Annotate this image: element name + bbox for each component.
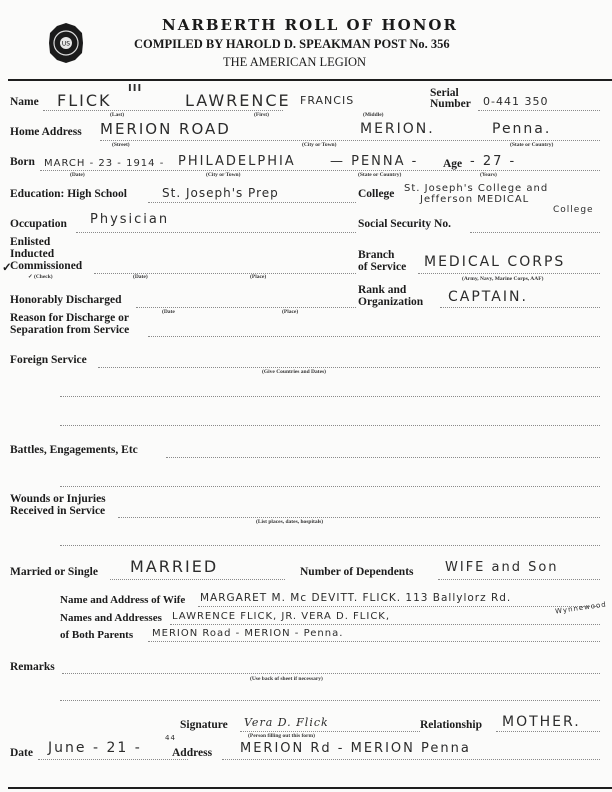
parents-value-1[interactable]: LAWRENCE FLICK, JR. VERA D. FLICK, xyxy=(172,611,390,622)
dependents-label: Number of Dependents xyxy=(300,566,414,578)
college-value-line3[interactable]: College xyxy=(553,205,594,215)
reason-label-2: Separation from Service xyxy=(10,324,129,336)
sub-city-born: (City or Town) xyxy=(206,172,240,178)
parents-label-1: Names and Addresses xyxy=(60,612,162,624)
date-year-value[interactable]: 44 xyxy=(165,734,176,742)
sub-wounds: (List places, dates, hospitals) xyxy=(256,519,323,525)
birth-city-value[interactable]: PHILADELPHIA xyxy=(178,154,296,169)
parents-label-2: of Both Parents xyxy=(60,629,133,641)
form-title: NARBERTH ROLL OF HONOR xyxy=(162,16,458,34)
sub-date: (Date) xyxy=(70,172,85,178)
last-name-value[interactable]: FLICK xyxy=(57,91,112,110)
branch-label-1: Branch xyxy=(358,249,394,261)
sub-first: (First) xyxy=(254,112,269,118)
rank-value[interactable]: CAPTAIN. xyxy=(448,289,528,305)
wounds-label-1: Wounds or Injuries xyxy=(10,493,106,505)
home-state-value[interactable]: Penna. xyxy=(492,121,551,137)
rank-label-1: Rank and xyxy=(358,284,406,296)
wife-note[interactable]: Wynnewood xyxy=(555,600,607,615)
sub-branch: (Army, Navy, Marine Corps, AAF) xyxy=(462,276,543,282)
discharged-label: Honorably Discharged xyxy=(10,294,122,306)
signature-label: Signature xyxy=(180,719,228,731)
birth-state-value[interactable]: — PENNA - xyxy=(330,154,418,169)
education-label: Education: High School xyxy=(10,188,127,200)
sub-discharge-place: (Place) xyxy=(282,309,298,315)
date-value[interactable]: June - 21 - xyxy=(48,740,142,756)
rank-label-2: Organization xyxy=(358,296,423,308)
date-label: Date xyxy=(10,747,33,759)
compiled-by: COMPILED BY HAROLD D. SPEAKMAN POST No. … xyxy=(134,37,450,52)
married-label: Married or Single xyxy=(10,566,98,578)
sub-remarks: (Use back of sheet if necessary) xyxy=(250,676,323,682)
middle-name-value[interactable]: FRANCIS xyxy=(300,94,354,107)
home-city-value[interactable]: MERION. xyxy=(360,121,435,137)
dependents-value[interactable]: WIFE and Son xyxy=(445,560,559,575)
birth-date-value[interactable]: MARCH - 23 - 1914 - xyxy=(44,158,164,169)
serial-number-value[interactable]: 0-441 350 xyxy=(483,95,548,108)
college-value-line2[interactable]: Jefferson MEDICAL xyxy=(420,194,529,205)
age-value[interactable]: - 27 - xyxy=(470,154,516,169)
sub-city: (City or Town) xyxy=(302,142,336,148)
footer-address-value[interactable]: MERION Rd - MERION Penna xyxy=(240,741,471,756)
header-rule xyxy=(8,79,612,81)
organization-name: THE AMERICAN LEGION xyxy=(223,55,366,70)
occupation-label: Occupation xyxy=(10,218,67,230)
inducted-option[interactable]: Inducted xyxy=(10,248,54,260)
sub-middle: (Middle) xyxy=(363,112,383,118)
sub-discharge-date: (Date xyxy=(162,309,175,315)
battles-label: Battles, Engagements, Etc xyxy=(10,444,138,456)
ssn-label: Social Security No. xyxy=(358,218,451,230)
sub-street: (Street) xyxy=(112,142,130,148)
sub-state: (State or Country) xyxy=(510,142,553,148)
foreign-service-label: Foreign Service xyxy=(10,354,87,366)
first-name-value[interactable]: LAWRENCE xyxy=(185,91,291,110)
marital-status-value[interactable]: MARRIED xyxy=(130,557,218,576)
wife-label: Name and Address of Wife xyxy=(60,594,185,606)
relationship-label: Relationship xyxy=(420,719,482,731)
reason-label-1: Reason for Discharge or xyxy=(10,312,129,324)
wounds-label-2: Received in Service xyxy=(10,505,105,517)
footer-rule xyxy=(8,787,612,789)
american-legion-emblem-icon: US xyxy=(48,22,84,64)
sub-last: (Last) xyxy=(110,112,124,118)
college-value-line1[interactable]: St. Joseph's College and xyxy=(404,183,548,194)
wife-value[interactable]: MARGARET M. Mc DEVITT. FLICK. 113 Ballyl… xyxy=(200,592,511,604)
high-school-value[interactable]: St. Joseph's Prep xyxy=(162,186,279,200)
age-label: Age xyxy=(443,158,462,170)
branch-label-2: of Service xyxy=(358,261,406,273)
svg-text:US: US xyxy=(62,41,70,48)
sub-state-born: (State or Country) xyxy=(358,172,401,178)
home-street-value[interactable]: MERION ROAD xyxy=(100,120,231,138)
sub-entry-date: (Date) xyxy=(133,274,148,280)
born-label: Born xyxy=(10,156,35,168)
sub-foreign: (Give Countries and Dates) xyxy=(262,369,326,375)
parents-value-2[interactable]: MERION Road - MERION - Penna. xyxy=(152,628,343,639)
footer-address-label: Address xyxy=(172,747,212,759)
signature-value[interactable]: Vera D. Flick xyxy=(244,716,329,729)
sub-check: ✓ (Check) xyxy=(28,274,53,280)
sub-years: (Years) xyxy=(480,172,497,178)
name-suffix: III xyxy=(128,83,142,94)
enlisted-option[interactable]: Enlisted xyxy=(10,236,50,248)
name-label: Name xyxy=(10,96,39,108)
relationship-value[interactable]: MOTHER. xyxy=(502,714,581,730)
serial-label-2: Number xyxy=(430,98,471,110)
college-label: College xyxy=(358,188,394,200)
sub-entry-place: (Place) xyxy=(250,274,266,280)
branch-value[interactable]: MEDICAL CORPS xyxy=(424,254,565,270)
remarks-label: Remarks xyxy=(10,661,55,673)
home-address-label: Home Address xyxy=(10,126,82,138)
commissioned-option[interactable]: Commissioned xyxy=(10,260,82,272)
sub-signature: (Person filling out this form) xyxy=(248,733,315,739)
occupation-value[interactable]: Physician xyxy=(90,212,169,227)
